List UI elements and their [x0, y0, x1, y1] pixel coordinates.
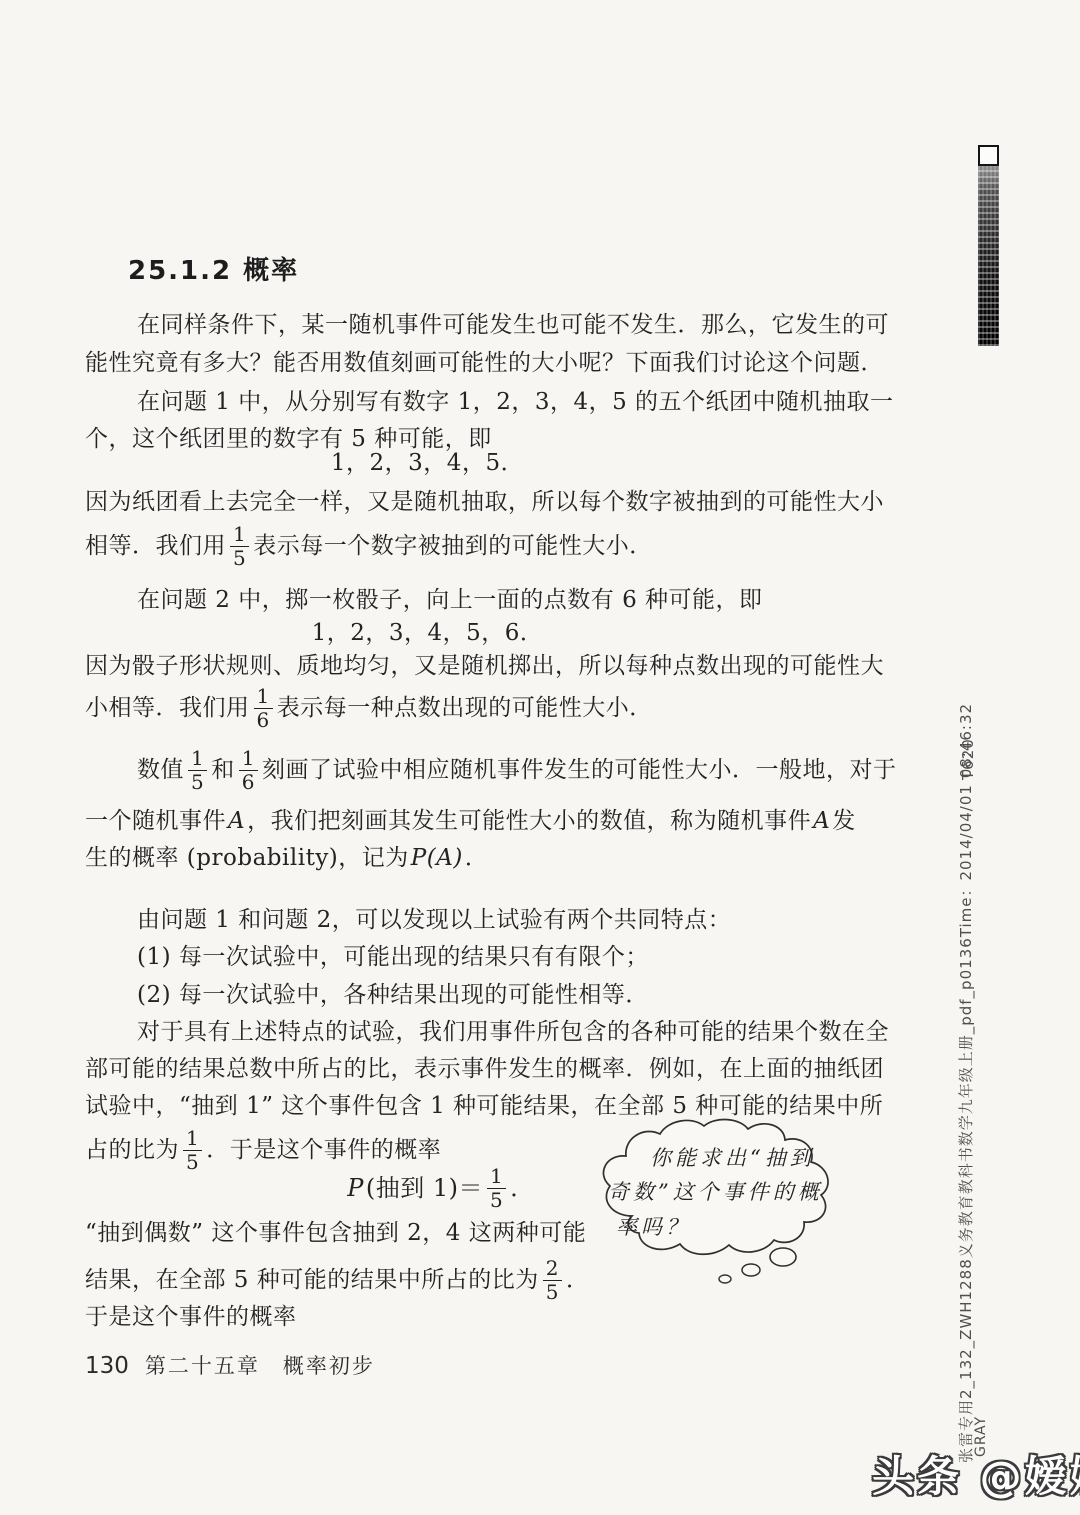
math-variable-P: P: [345, 1159, 366, 1217]
scan-calibration-box: [978, 145, 999, 166]
list-item: (1) 每一次试验中，可能出现的结果只有有限个；: [137, 942, 649, 972]
page-number: 130: [85, 1353, 129, 1379]
text-segment: (抽到 1)＝: [366, 1159, 483, 1217]
text-segment: ．: [566, 1251, 590, 1309]
text-segment: 小相等．我们用: [85, 679, 250, 737]
scan-metadata-text: 张雷专用2_132_ZWH1288义务教育教科书数学九年级上册_pdf_p013…: [955, 703, 976, 1463]
textbook-page: 25.1.2 概率 在同样条件下，某一随机事件可能发生也可能不发生．那么，它发生…: [0, 0, 1080, 1515]
fraction-one-sixth: 16: [239, 747, 258, 794]
text-segment: 发: [832, 808, 856, 834]
math-variable-A: A: [226, 808, 247, 834]
text-line: 于是这个事件的概率: [85, 1302, 297, 1332]
bubble-tail-large: [770, 1248, 796, 1266]
text-line: 一个随机事件A，我们把刻画其发生可能性大小的数值，称为随机事件A发: [85, 806, 856, 836]
text-segment: 生的概率 (probability)，记为: [85, 845, 409, 871]
text-segment: 数值: [137, 741, 184, 799]
math-expression-PA: P(A): [409, 845, 465, 871]
text-line: 因为纸团看上去完全一样，又是随机抽取，所以每个数字被抽到的可能性大小: [85, 487, 884, 517]
text-line: 在问题 2 中，掷一枚骰子，向上一面的点数有 6 种可能，即: [137, 585, 763, 615]
text-line: 对于具有上述特点的试验，我们用事件所包含的各种可能的结果个数在全: [137, 1017, 889, 1047]
text-segment: 刻画了试验中相应随机事件发生的可能性大小．一般地，对于: [262, 741, 897, 799]
text-segment: 相等．我们用: [85, 517, 226, 575]
list-item: (2) 每一次试验中，各种结果出现的可能性相等．: [137, 980, 649, 1010]
text-line-with-fraction: 数值15和16刻画了试验中相应随机事件发生的可能性大小．一般地，对于: [137, 741, 896, 799]
text-segment: ．: [510, 1159, 535, 1217]
centered-list: 1，2，3，4，5．: [85, 448, 865, 478]
text-line: “抽到偶数” 这个事件包含抽到 2，4 这两种可能: [85, 1218, 586, 1248]
page-footer: 130第二十五章 概率初步: [85, 1350, 375, 1380]
fraction-one-sixth: 16: [254, 685, 273, 732]
text-line: 因为骰子形状规则、质地均匀，又是随机掷出，所以每种点数出现的可能性大: [85, 651, 884, 681]
watermark-text: 头条 @嫒嫒妈: [872, 1444, 1080, 1504]
bubble-tail-small: [719, 1275, 731, 1283]
fraction-one-fifth: 15: [230, 523, 249, 570]
bubble-text-line: 率吗？: [616, 1211, 691, 1241]
text-line: 在问题 1 中，从分别写有数字 1，2，3，4，5 的五个纸团中随机抽取一: [137, 387, 894, 417]
text-line-with-fraction: 相等．我们用15表示每一个数字被抽到的可能性大小．: [85, 517, 653, 575]
centered-list: 1，2，3，4，5，6．: [85, 618, 865, 648]
fraction-one-fifth: 15: [487, 1165, 506, 1212]
text-segment: ．: [465, 845, 489, 871]
bubble-tail-medium: [742, 1264, 760, 1276]
text-segment: 结果，在全部 5 种可能的结果中所占的比为: [85, 1251, 539, 1309]
text-line: 能性究竟有多大？能否用数值刻画可能性的大小呢？下面我们讨论这个问题．: [85, 348, 884, 378]
text-line: 生的概率 (probability)，记为P(A)．: [85, 843, 488, 873]
chapter-title: 第二十五章 概率初步: [145, 1354, 375, 1378]
text-segment: 表示每一个数字被抽到的可能性大小．: [253, 517, 653, 575]
math-variable-A: A: [811, 808, 832, 834]
text-segment: ，我们把刻画其发生可能性大小的数值，称为随机事件: [247, 808, 811, 834]
text-line-with-fraction: 结果，在全部 5 种可能的结果中所占的比为25．: [85, 1251, 590, 1309]
bubble-text-line: 你能求出“抽到: [650, 1142, 815, 1172]
text-segment: 和: [211, 741, 235, 799]
section-title: 25.1.2 概率: [128, 250, 299, 287]
text-segment: 一个随机事件: [85, 808, 226, 834]
thought-bubble: 你能求出“抽到 奇数”这个事件的概 率吗？: [588, 1116, 846, 1288]
text-line-with-fraction: 小相等．我们用16表示每一种点数出现的可能性大小．: [85, 679, 653, 737]
text-line: 在同样条件下，某一随机事件可能发生也可能不发生．那么，它发生的可: [137, 310, 889, 340]
fraction-two-fifths: 25: [543, 1257, 562, 1304]
fraction-one-fifth: 15: [188, 747, 207, 794]
text-line: 部可能的结果总数中所占的比，表示事件发生的概率．例如，在上面的抽纸团: [85, 1054, 884, 1084]
bubble-text-line: 奇数”这个事件的概: [608, 1176, 823, 1206]
text-segment: 表示每一种点数出现的可能性大小．: [277, 679, 653, 737]
scan-calibration-bar: [978, 166, 999, 346]
text-line: 由问题 1 和问题 2，可以发现以上试验有两个共同特点：: [137, 905, 731, 935]
